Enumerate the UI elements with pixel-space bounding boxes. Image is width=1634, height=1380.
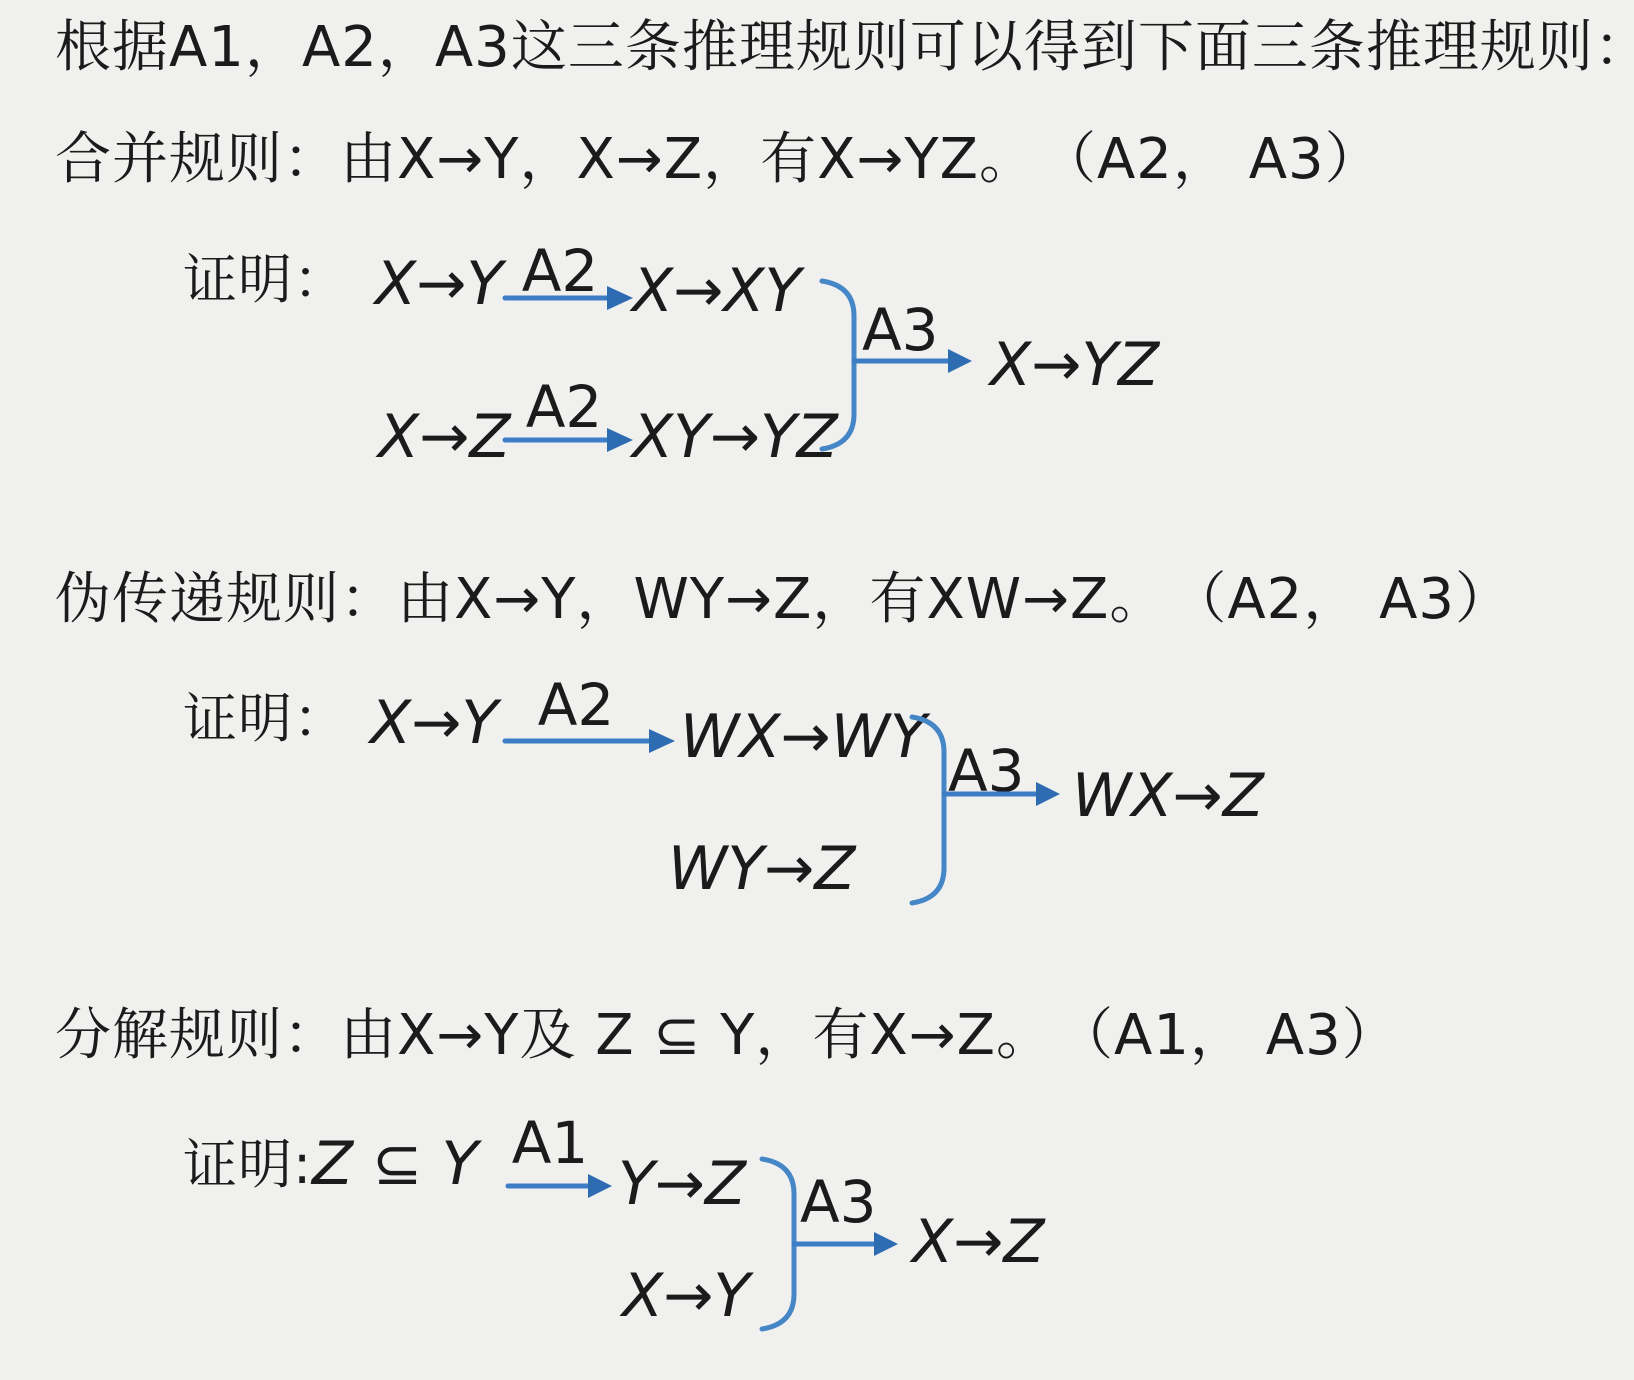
- proof3-conclusion: X→Z: [912, 1212, 1044, 1272]
- a2-arrow-icon: [503, 725, 679, 757]
- proof3-merge-label: A3: [800, 1173, 877, 1231]
- proof1-derived2: XY→YZ: [632, 407, 838, 467]
- proof1-conclusion: X→YZ: [990, 335, 1159, 395]
- proof1-premise2: X→Z: [378, 407, 510, 467]
- proof2-premise1: X→Y: [370, 693, 498, 753]
- rule-pseudotrans-statement: 伪传递规则：由X→Y，WY→Z，有XW→Z。: [55, 567, 1166, 632]
- proof3-premise2: X→Y: [622, 1266, 750, 1326]
- proof3-premise1: Z ⊆ Y: [312, 1134, 478, 1194]
- a2-arrow-icon: [503, 282, 635, 314]
- a3-arrow-icon: [944, 778, 1064, 810]
- a3-arrow-icon: [854, 345, 974, 377]
- page-title: 根据A1，A2，A3这三条推理规则可以得到下面三条推理规则：: [55, 20, 1634, 76]
- proof1-derived1: X→XY: [632, 261, 801, 321]
- proof2-premise2: WY→Z: [668, 839, 855, 899]
- proof2-label: 证明：: [183, 692, 348, 746]
- proof2-derived1: WX→WY: [680, 707, 927, 767]
- rule-union-statement: 合并规则：由X→Y，X→Z，有X→YZ。: [55, 127, 1036, 192]
- a3-arrow-icon: [794, 1228, 904, 1260]
- a2-arrow-icon: [503, 424, 635, 456]
- rule-union-line: 合并规则：由X→Y，X→Z，有X→YZ。（A2， A3）: [55, 132, 1382, 188]
- proof3-derived1: Y→Z: [618, 1154, 746, 1214]
- proof3-arrow1-label: A1: [508, 1114, 592, 1172]
- proof1-label: 证明：: [183, 253, 348, 307]
- merge-bracket-icon: [818, 276, 858, 454]
- proof3-label: 证明:: [183, 1138, 312, 1192]
- merge-bracket-icon: [908, 712, 948, 908]
- rule-decomp-basis: （A1， A3）: [1085, 1003, 1399, 1068]
- rule-decomp-statement: 分解规则：由X→Y及 Z ⊆ Y，有X→Z。: [55, 1003, 1053, 1068]
- slide-canvas: 根据A1，A2，A3这三条推理规则可以得到下面三条推理规则： 合并规则：由X→Y…: [0, 0, 1634, 1380]
- rule-pseudotrans-basis: （A2， A3）: [1198, 567, 1512, 632]
- rule-decomp-line: 分解规则：由X→Y及 Z ⊆ Y，有X→Z。（A1， A3）: [55, 1008, 1399, 1064]
- proof1-premise1: X→Y: [375, 254, 503, 314]
- proof2-conclusion: WX→Z: [1072, 766, 1264, 826]
- rule-union-basis: （A2， A3）: [1068, 127, 1382, 192]
- rule-pseudotrans-line: 伪传递规则：由X→Y，WY→Z，有XW→Z。（A2， A3）: [55, 572, 1512, 628]
- a1-arrow-icon: [506, 1170, 616, 1202]
